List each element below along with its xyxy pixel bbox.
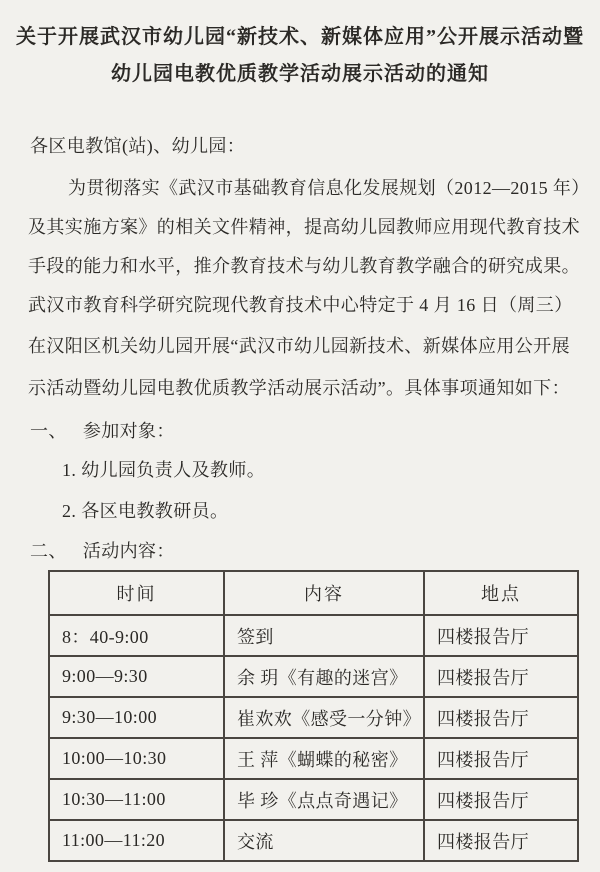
header-location: 地点 — [424, 571, 578, 615]
paragraph-line: 在汉阳区机关幼儿园开展“武汉市幼儿园新技术、新媒体应用公开展 — [28, 335, 570, 357]
salutation: 各区电教馆(站)、幼儿园： — [30, 135, 245, 157]
section-title: 活动内容： — [83, 540, 175, 562]
document-title-line-1: 关于开展武汉市幼儿园“新技术、新媒体应用”公开展示活动暨 — [0, 20, 600, 49]
content-cell: 余 玥《有趣的迷宫》 — [224, 656, 424, 697]
location-cell: 四楼报告厅 — [424, 738, 578, 779]
location-cell: 四楼报告厅 — [424, 615, 578, 656]
table-row: 10:30—11:00 毕 珍《点点奇遇记》 四楼报告厅 — [49, 779, 578, 820]
content-cell: 交流 — [224, 820, 424, 861]
location-cell: 四楼报告厅 — [424, 820, 578, 861]
time-cell: 10:30—11:00 — [49, 779, 224, 820]
paragraph-line: 示活动暨幼儿园电教优质教学活动展示活动”。具体事项通知如下： — [28, 377, 570, 399]
header-time: 时间 — [49, 571, 224, 615]
content-cell: 王 萍《蝴蝶的秘密》 — [224, 738, 424, 779]
content-cell: 签到 — [224, 615, 424, 656]
time-cell: 10:00—10:30 — [49, 738, 224, 779]
table-row: 8：40-9:00 签到 四楼报告厅 — [49, 615, 578, 656]
paragraph-line: 为贯彻落实《武汉市基础教育信息化发展规划（2012—2015 年） — [68, 177, 590, 199]
location-cell: 四楼报告厅 — [424, 779, 578, 820]
time-cell: 9:00—9:30 — [49, 656, 224, 697]
table-row: 9:00—9:30 余 玥《有趣的迷宫》 四楼报告厅 — [49, 656, 578, 697]
table-row: 11:00—11:20 交流 四楼报告厅 — [49, 820, 578, 861]
schedule-table: 时间 内容 地点 8：40-9:00 签到 四楼报告厅 9:00—9:30 余 … — [48, 570, 579, 862]
list-item: 1. 幼儿园负责人及教师。 — [62, 459, 265, 481]
time-cell: 8：40-9:00 — [49, 615, 224, 656]
section-heading-1: 一、参加对象： — [30, 420, 175, 442]
section-title: 参加对象： — [83, 420, 175, 442]
paragraph-line: 及其实施方案》的相关文件精神，提高幼儿园教师应用现代教育技术 — [28, 216, 580, 238]
section-heading-2: 二、活动内容： — [30, 540, 175, 562]
paragraph-line: 手段的能力和水平，推介教育技术与幼儿教育教学融合的研究成果。 — [28, 255, 580, 277]
paragraph-line: 武汉市教育科学研究院现代教育技术中心特定于 4 月 16 日（周三） — [28, 294, 573, 316]
notice-document: 关于开展武汉市幼儿园“新技术、新媒体应用”公开展示活动暨 幼儿园电教优质教学活动… — [0, 0, 600, 872]
section-marker: 二、 — [30, 540, 67, 562]
location-cell: 四楼报告厅 — [424, 697, 578, 738]
document-title-line-2: 幼儿园电教优质教学活动展示活动的通知 — [0, 57, 600, 86]
time-cell: 11:00—11:20 — [49, 820, 224, 861]
list-item: 2. 各区电教教研员。 — [62, 500, 228, 522]
content-cell: 毕 珍《点点奇遇记》 — [224, 779, 424, 820]
location-cell: 四楼报告厅 — [424, 656, 578, 697]
table-row: 9:30—10:00 崔欢欢《感受一分钟》 四楼报告厅 — [49, 697, 578, 738]
time-cell: 9:30—10:00 — [49, 697, 224, 738]
table-header-row: 时间 内容 地点 — [49, 571, 578, 615]
section-marker: 一、 — [30, 420, 67, 442]
content-cell: 崔欢欢《感受一分钟》 — [224, 697, 424, 738]
header-content: 内容 — [224, 571, 424, 615]
table-row: 10:00—10:30 王 萍《蝴蝶的秘密》 四楼报告厅 — [49, 738, 578, 779]
